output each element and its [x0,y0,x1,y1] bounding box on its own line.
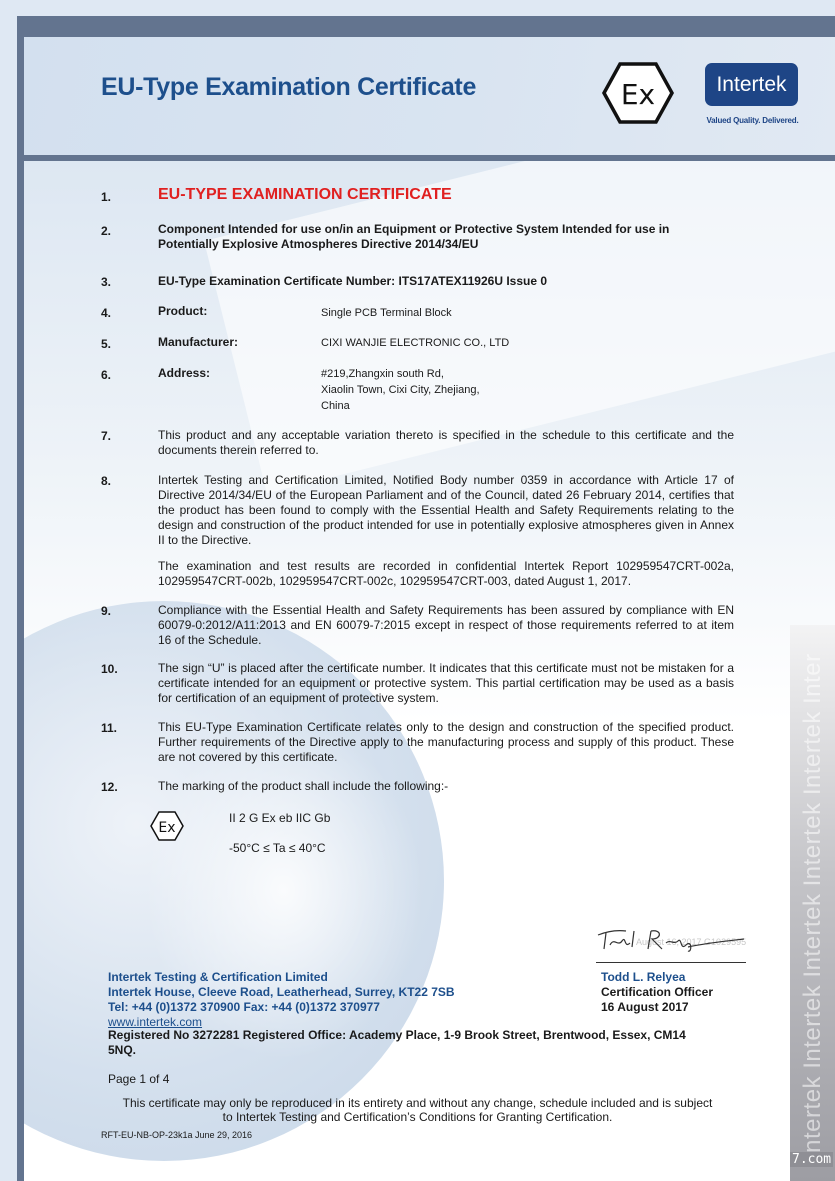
item-number: 10. [101,662,118,676]
corner-watermark: 7.com [790,1152,833,1167]
signer-name: Todd L. Relyea [601,970,713,985]
item-number: 2. [101,224,111,238]
item-text: The marking of the product shall include… [158,779,448,794]
company-website-link[interactable]: www.intertek.com [108,1015,202,1029]
address-line: #219,Zhangxin south Rd, [321,366,444,382]
ex-atex-logo-icon: Ex [602,62,674,124]
company-block: Intertek Testing & Certification Limited… [108,970,455,1030]
item-number: 3. [101,275,111,289]
manufacturer-value: CIXI WANJIE ELECTRONIC CO., LTD [321,335,509,351]
product-value: Single PCB Terminal Block [321,305,452,321]
manufacturer-label: Manufacturer: [158,335,238,350]
address-label: Address: [158,366,210,381]
company-phone: Tel: +44 (0)1372 370900 Fax: +44 (0)1372… [108,1000,455,1015]
signature-image: August 16, 2017 G102959547 [596,925,746,955]
item-number: 4. [101,306,111,320]
reproduction-disclaimer: This certificate may only be reproduced … [100,1096,735,1124]
svg-text:Ex: Ex [158,820,175,836]
item-text: This EU-Type Examination Certificate rel… [158,720,734,765]
address-line: China [321,398,350,414]
company-name: Intertek Testing & Certification Limited [108,970,455,985]
item-text: The sign “U” is placed after the certifi… [158,661,734,706]
item-scope: Component Intended for use on/in an Equi… [158,222,718,252]
svg-text:Ex: Ex [621,78,655,111]
certificate-heading: EU-TYPE EXAMINATION CERTIFICATE [158,187,452,202]
side-watermark-text: Intertek Intertek Intertek Intertek Inte… [790,604,835,1160]
disclaimer-line: This certificate may only be reproduced … [100,1096,735,1110]
signature-date: 16 August 2017 [601,1000,713,1015]
item-number: 8. [101,474,111,488]
signer-block: Todd L. Relyea Certification Officer 16 … [601,970,713,1015]
marking-temperature: -50°C ≤ Ta ≤ 40°C [229,841,326,855]
brand-tagline: Valued Quality. Delivered. [705,116,800,125]
item-number: 5. [101,337,111,351]
item-text: Compliance with the Essential Health and… [158,603,734,648]
signer-role: Certification Officer [601,985,713,1000]
frame-divider-bar [17,155,835,161]
marking-code: II 2 G Ex eb IIC Gb [229,811,330,825]
item-text: Intertek Testing and Certification Limit… [158,473,734,548]
item-number: 9. [101,604,111,618]
item-text: This product and any acceptable variatio… [158,428,734,458]
intertek-logo: Intertek [705,63,798,106]
page-number: Page 1 of 4 [108,1072,169,1086]
page-title: EU-Type Examination Certificate [101,73,476,102]
frame-left-bar [17,16,24,1181]
company-address: Intertek House, Cleeve Road, Leatherhead… [108,985,455,1000]
item-text: The examination and test results are rec… [158,559,734,589]
product-label: Product: [158,304,207,319]
frame-top-bar [17,16,835,37]
form-code: RFT-EU-NB-OP-23k1a June 29, 2016 [101,1130,252,1140]
item-number: 12. [101,780,118,794]
item-number: 6. [101,368,111,382]
certificate-number: EU-Type Examination Certificate Number: … [158,274,547,289]
registered-office: Registered No 3272281 Registered Office:… [108,1028,708,1058]
item-number: 7. [101,429,111,443]
disclaimer-line: to Intertek Testing and Certification’s … [100,1110,735,1124]
signature-line [596,962,746,963]
ex-marking-icon: Ex [150,811,184,841]
address-line: Xiaolin Town, Cixi City, Zhejiang, [321,382,480,398]
item-number: 1. [101,190,111,204]
item-number: 11. [101,721,117,735]
